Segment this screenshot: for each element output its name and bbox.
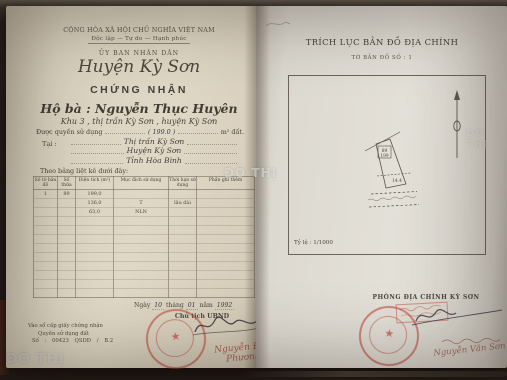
edge-dimension-label: 14.4	[392, 179, 402, 184]
table-header-cell: Thời hạn sử dụng	[169, 177, 197, 190]
map-title: TRÍCH LỤC BẢN ĐỒ ĐỊA CHÍNH	[270, 37, 494, 47]
usage-area-value: ( 199.0 )	[148, 128, 175, 136]
usage-suffix: m² đất.	[221, 128, 244, 136]
table-row	[34, 280, 255, 289]
location-line: Thị trấn Kỳ Sơn	[68, 136, 240, 146]
holder-address-line: Khu 3 , thị trấn Kỳ Sơn , huyện Kỳ Sơn	[26, 117, 252, 126]
date-month: 01	[186, 302, 198, 310]
date-day: 10	[152, 302, 164, 310]
table-row	[34, 235, 255, 244]
table-row	[34, 271, 255, 280]
table-header-cell: Mục đích sử dụng	[114, 177, 169, 190]
certificate-title: CHỨNG NHẬN	[34, 84, 244, 96]
usage-prefix: Được quyền sử dụng	[36, 128, 102, 136]
table-intro: Theo bảng liệt kê dưới đây:	[40, 167, 128, 175]
right-page: TRÍCH LỤC BẢN ĐỒ ĐỊA CHÍNH TỜ BẢN ĐỒ SỐ …	[256, 6, 507, 368]
national-title: CỘNG HÒA XÃ HỘI CHỦ NGHĨA VIỆT NAM	[34, 26, 244, 34]
parcel-table-wrap: Số tờ bản đồSố thửaDiện tích (m²)Mục đíc…	[33, 176, 254, 298]
issuer-title: ỦY BAN NHÂN DÂN	[34, 50, 244, 57]
usage-line: Được quyền sử dụng ( 199.0 ) m² đất.	[36, 128, 244, 136]
map-sheet-number: TỜ BẢN ĐỒ SỐ : 1	[270, 55, 494, 61]
location-line: Huyện Kỳ Sơn	[68, 146, 240, 156]
registry-line: Vào sổ cấp giấy chứng nhận	[28, 323, 158, 331]
table-row	[34, 262, 255, 271]
parcel-area-label: 199	[381, 153, 389, 158]
date-year: 1992	[215, 302, 235, 310]
table-row	[34, 244, 255, 253]
watermark: ĐÔ THỊ	[224, 166, 277, 180]
table-header-cell: Số thửa	[58, 177, 76, 190]
table-row	[34, 289, 255, 298]
watermark: ĐÔ THỊ	[466, 128, 507, 150]
district-name: Huyện Kỳ Sơn	[34, 57, 244, 77]
table-header-cell: Số tờ bản đồ	[34, 177, 58, 190]
registry-note: Vào sổ cấp giấy chứng nhậnQuyền sử dụng …	[28, 323, 158, 346]
table-row: 189199,0	[34, 190, 255, 199]
table-row	[34, 253, 255, 262]
national-motto: Độc lập — Tự do — Hạnh phúc	[88, 36, 190, 44]
table-header-cell: Diện tích (m²)	[76, 177, 114, 190]
date-word: năm	[199, 302, 212, 309]
date-word: Ngày	[134, 302, 150, 309]
cadastral-map-box: 89 199 14.4	[288, 75, 486, 255]
location-block: Thị trấn Kỳ SơnHuyện Kỳ SơnTỉnh Hòa Bình	[68, 136, 240, 165]
table-row	[34, 226, 255, 235]
parcel-table: Số tờ bản đồSố thửaDiện tích (m²)Mục đíc…	[33, 176, 255, 298]
registry-line: Số : 00423 QSDĐ / B.2	[28, 338, 158, 346]
map-scale: Tỷ lệ : 1/1000	[294, 240, 333, 246]
dotted-leader	[105, 133, 144, 134]
land-office-title: PHÒNG ĐỊA CHÍNH KỲ SƠN	[360, 294, 492, 301]
photo-background: CỘNG HÒA XÃ HỘI CHỦ NGHĨA VIỆT NAM Độc l…	[0, 0, 507, 380]
road-lines	[368, 192, 419, 208]
table-reflection	[240, 371, 507, 377]
location-label: Tại :	[42, 140, 57, 148]
parcel-sketch: 89 199 14.4	[289, 76, 485, 254]
gutter-shadow	[244, 6, 270, 368]
left-page: CỘNG HÒA XÃ HỘI CHỦ NGHĨA VIỆT NAM Độc l…	[6, 6, 256, 368]
issue-date-line: Ngày 10 tháng 01 năm 1992	[134, 302, 256, 309]
watermark: ĐÔ THỊ	[6, 351, 65, 367]
dotted-leader	[178, 133, 217, 134]
table-row: 63,0NLN	[34, 208, 255, 217]
north-arrow	[454, 90, 460, 158]
document: CỘNG HÒA XÃ HỘI CHỦ NGHĨA VIỆT NAM Độc l…	[6, 6, 507, 368]
table-row	[34, 217, 255, 226]
national-header: CỘNG HÒA XÃ HỘI CHỦ NGHĨA VIỆT NAM Độc l…	[34, 26, 244, 44]
table-row: 136,0Tlâu dài	[34, 199, 255, 208]
land-office-signature	[408, 303, 506, 331]
holder-name-line: Hộ bà : Nguyễn Thục Huyên	[26, 101, 252, 116]
location-line: Tỉnh Hòa Bình	[68, 155, 240, 165]
